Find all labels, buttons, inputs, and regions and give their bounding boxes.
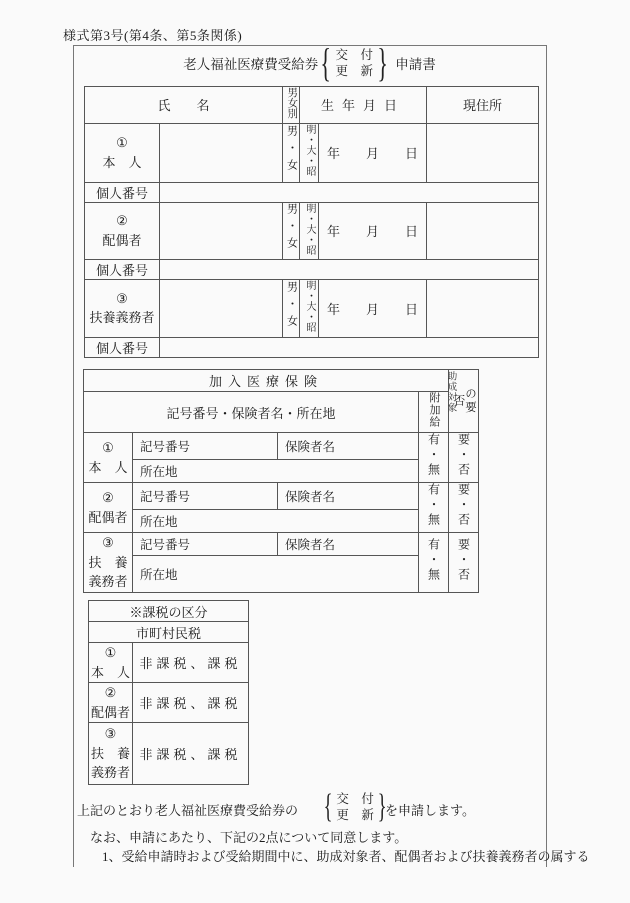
taxation-title-row: ※課税の区分 bbox=[89, 601, 249, 622]
person1-benefit-options[interactable]: 有・無 bbox=[419, 433, 449, 483]
taxation-person2-label: ② 配偶者 bbox=[89, 683, 133, 723]
table-row-person2: ② 配偶者 男・女 明・大・昭 年 月 日 bbox=[85, 202, 539, 260]
person1-label: ① 本 人 bbox=[85, 123, 160, 182]
person2-location-field[interactable]: 所在地 bbox=[133, 509, 419, 532]
person2-name-field[interactable] bbox=[160, 202, 283, 260]
person3-name-field[interactable] bbox=[160, 280, 283, 338]
person3-mynumber-field[interactable] bbox=[160, 337, 539, 357]
person2-tax-options[interactable]: 非課税、課税 bbox=[133, 683, 249, 723]
renew-option[interactable]: 更 新 bbox=[336, 807, 374, 823]
title-suffix: 申請書 bbox=[395, 53, 436, 73]
person3-insurer-field[interactable]: 保険者名 bbox=[278, 533, 419, 556]
consent-line: なお、申請にあたり、下記の2点について同意します。 bbox=[90, 827, 407, 846]
title-prefix: 老人福祉医療費受給券 bbox=[183, 53, 318, 73]
person1-symbol-field[interactable]: 記号番号 bbox=[133, 433, 278, 460]
form-page: 様式第3号(第4条、第5条関係) 老人福祉医療費受給券 { 交 付 更 新 } … bbox=[0, 0, 630, 903]
declaration-line: 上記のとおり老人福祉医療費受給券の { 交 付 更 新 } を申請します。 bbox=[73, 788, 546, 826]
person1-era-options[interactable]: 明・大・昭 bbox=[300, 123, 319, 182]
consent-item-1: 1、受給申請時および受給期間中に、助成対象者、配偶者および扶養義務者の属する bbox=[102, 846, 590, 865]
header-sex: 男女別 bbox=[283, 87, 300, 124]
table-row-mynumber3: 個人番号 bbox=[85, 337, 539, 357]
person1-tax-options[interactable]: 非課税、課税 bbox=[133, 643, 249, 683]
taxation-row-person1: ① 本 人 非課税、課税 bbox=[89, 643, 249, 683]
taxation-subtitle-row: 市町村民税 bbox=[89, 622, 249, 643]
insurance-person3-label: ③ 扶 養 義務者 bbox=[84, 533, 133, 593]
insurance-subtitle: 記号番号・保険者名・所在地 bbox=[84, 392, 419, 433]
person3-birthdate-field[interactable]: 年 月 日 bbox=[319, 280, 427, 338]
person2-sex-options[interactable]: 男・女 bbox=[283, 202, 300, 260]
person3-eligibility-options[interactable]: 要・否 bbox=[449, 533, 479, 593]
person1-mynumber-label: 個人番号 bbox=[85, 182, 160, 202]
person1-birthdate-field[interactable]: 年 月 日 bbox=[319, 123, 427, 182]
eligibility-header-line2: の要否 bbox=[452, 386, 475, 417]
taxation-subtitle: 市町村民税 bbox=[89, 622, 249, 643]
person1-insurer-field[interactable]: 保険者名 bbox=[278, 433, 419, 460]
person2-era-options[interactable]: 明・大・昭 bbox=[300, 202, 319, 260]
taxation-table: ※課税の区分 市町村民税 ① 本 人 非課税、課税 ② 配偶者 非課税、課税 ③… bbox=[88, 600, 249, 785]
person3-address-field[interactable] bbox=[427, 280, 539, 338]
title-brace-options: 交 付 更 新 bbox=[333, 47, 375, 79]
insurance-row-person3: ③ 扶 養 義務者 記号番号 保険者名 有・無 要・否 bbox=[84, 533, 479, 556]
taxation-title: ※課税の区分 bbox=[89, 601, 249, 622]
person2-benefit-options[interactable]: 有・無 bbox=[419, 483, 449, 533]
person2-mynumber-label: 個人番号 bbox=[85, 260, 160, 280]
form-code-label: 様式第3号(第4条、第5条関係) bbox=[63, 25, 242, 44]
renew-option[interactable]: 更 新 bbox=[335, 63, 373, 79]
applicant-header-row: 氏 名 男女別 生年月日 現住所 bbox=[85, 87, 539, 124]
person1-sex-options[interactable]: 男・女 bbox=[283, 123, 300, 182]
table-row-mynumber2: 個人番号 bbox=[85, 260, 539, 280]
table-row-person1: ① 本 人 男・女 明・大・昭 年 月 日 bbox=[85, 123, 539, 182]
person1-address-field[interactable] bbox=[427, 123, 539, 182]
taxation-row-person2: ② 配偶者 非課税、課税 bbox=[89, 683, 249, 723]
person3-location-field[interactable]: 所在地 bbox=[133, 556, 419, 593]
header-name: 氏 名 bbox=[85, 87, 283, 124]
person3-symbol-field[interactable]: 記号番号 bbox=[133, 533, 278, 556]
close-brace: } bbox=[377, 43, 388, 83]
person2-address-field[interactable] bbox=[427, 202, 539, 260]
open-brace: { bbox=[324, 790, 333, 824]
eligibility-header: 助成対象 の要否 bbox=[449, 370, 479, 433]
insurance-title-row: 加入医療保険 助成対象 の要否 bbox=[84, 370, 479, 392]
person2-label: ② 配偶者 bbox=[85, 202, 160, 260]
person1-name-field[interactable] bbox=[160, 123, 283, 182]
person2-birthdate-field[interactable]: 年 月 日 bbox=[319, 202, 427, 260]
person3-label: ③ 扶養義務者 bbox=[85, 280, 160, 338]
person2-symbol-field[interactable]: 記号番号 bbox=[133, 483, 278, 510]
person3-sex-options[interactable]: 男・女 bbox=[283, 280, 300, 338]
person1-mynumber-field[interactable] bbox=[160, 182, 539, 202]
form-title: 老人福祉医療費受給券 { 交 付 更 新 } 申請書 bbox=[73, 45, 546, 81]
table-row-person3: ③ 扶養義務者 男・女 明・大・昭 年 月 日 bbox=[85, 280, 539, 338]
header-address: 現住所 bbox=[427, 87, 539, 124]
person3-mynumber-label: 個人番号 bbox=[85, 337, 160, 357]
issue-option[interactable]: 交 付 bbox=[336, 791, 374, 807]
open-brace: { bbox=[321, 43, 332, 83]
benefit-header: 附加給 bbox=[419, 392, 449, 433]
insurance-title: 加入医療保険 bbox=[84, 370, 449, 392]
person3-era-options[interactable]: 明・大・昭 bbox=[300, 280, 319, 338]
insurance-person2-label: ② 配偶者 bbox=[84, 483, 133, 533]
person3-tax-options[interactable]: 非課税、課税 bbox=[133, 723, 249, 785]
issue-option[interactable]: 交 付 bbox=[335, 47, 373, 63]
person3-benefit-options[interactable]: 有・無 bbox=[419, 533, 449, 593]
person2-eligibility-options[interactable]: 要・否 bbox=[449, 483, 479, 533]
person1-eligibility-options[interactable]: 要・否 bbox=[449, 433, 479, 483]
header-birthdate: 生年月日 bbox=[300, 87, 427, 124]
applicant-table: 氏 名 男女別 生年月日 現住所 ① 本 人 男・女 明・大・昭 年 月 日 個… bbox=[84, 86, 539, 358]
person2-mynumber-field[interactable] bbox=[160, 260, 539, 280]
person1-location-field[interactable]: 所在地 bbox=[133, 459, 419, 482]
declaration-brace-options: { 交 付 更 新 } bbox=[322, 788, 388, 826]
insurance-subtitle-row: 記号番号・保険者名・所在地 附加給 bbox=[84, 392, 479, 433]
taxation-person1-label: ① 本 人 bbox=[89, 643, 133, 683]
declaration-prefix: 上記のとおり老人福祉医療費受給券の bbox=[77, 800, 298, 819]
taxation-row-person3: ③ 扶 養 義務者 非課税、課税 bbox=[89, 723, 249, 785]
taxation-person3-label: ③ 扶 養 義務者 bbox=[89, 723, 133, 785]
insurance-row-person2: ② 配偶者 記号番号 保険者名 有・無 要・否 bbox=[84, 483, 479, 510]
person2-insurer-field[interactable]: 保険者名 bbox=[278, 483, 419, 510]
insurance-table: 加入医療保険 助成対象 の要否 記号番号・保険者名・所在地 附加給 ① 本 人 … bbox=[83, 369, 479, 593]
declaration-suffix: を申請します。 bbox=[385, 800, 475, 819]
insurance-row-person1: ① 本 人 記号番号 保険者名 有・無 要・否 bbox=[84, 433, 479, 460]
table-row-mynumber1: 個人番号 bbox=[85, 182, 539, 202]
insurance-person1-label: ① 本 人 bbox=[84, 433, 133, 483]
